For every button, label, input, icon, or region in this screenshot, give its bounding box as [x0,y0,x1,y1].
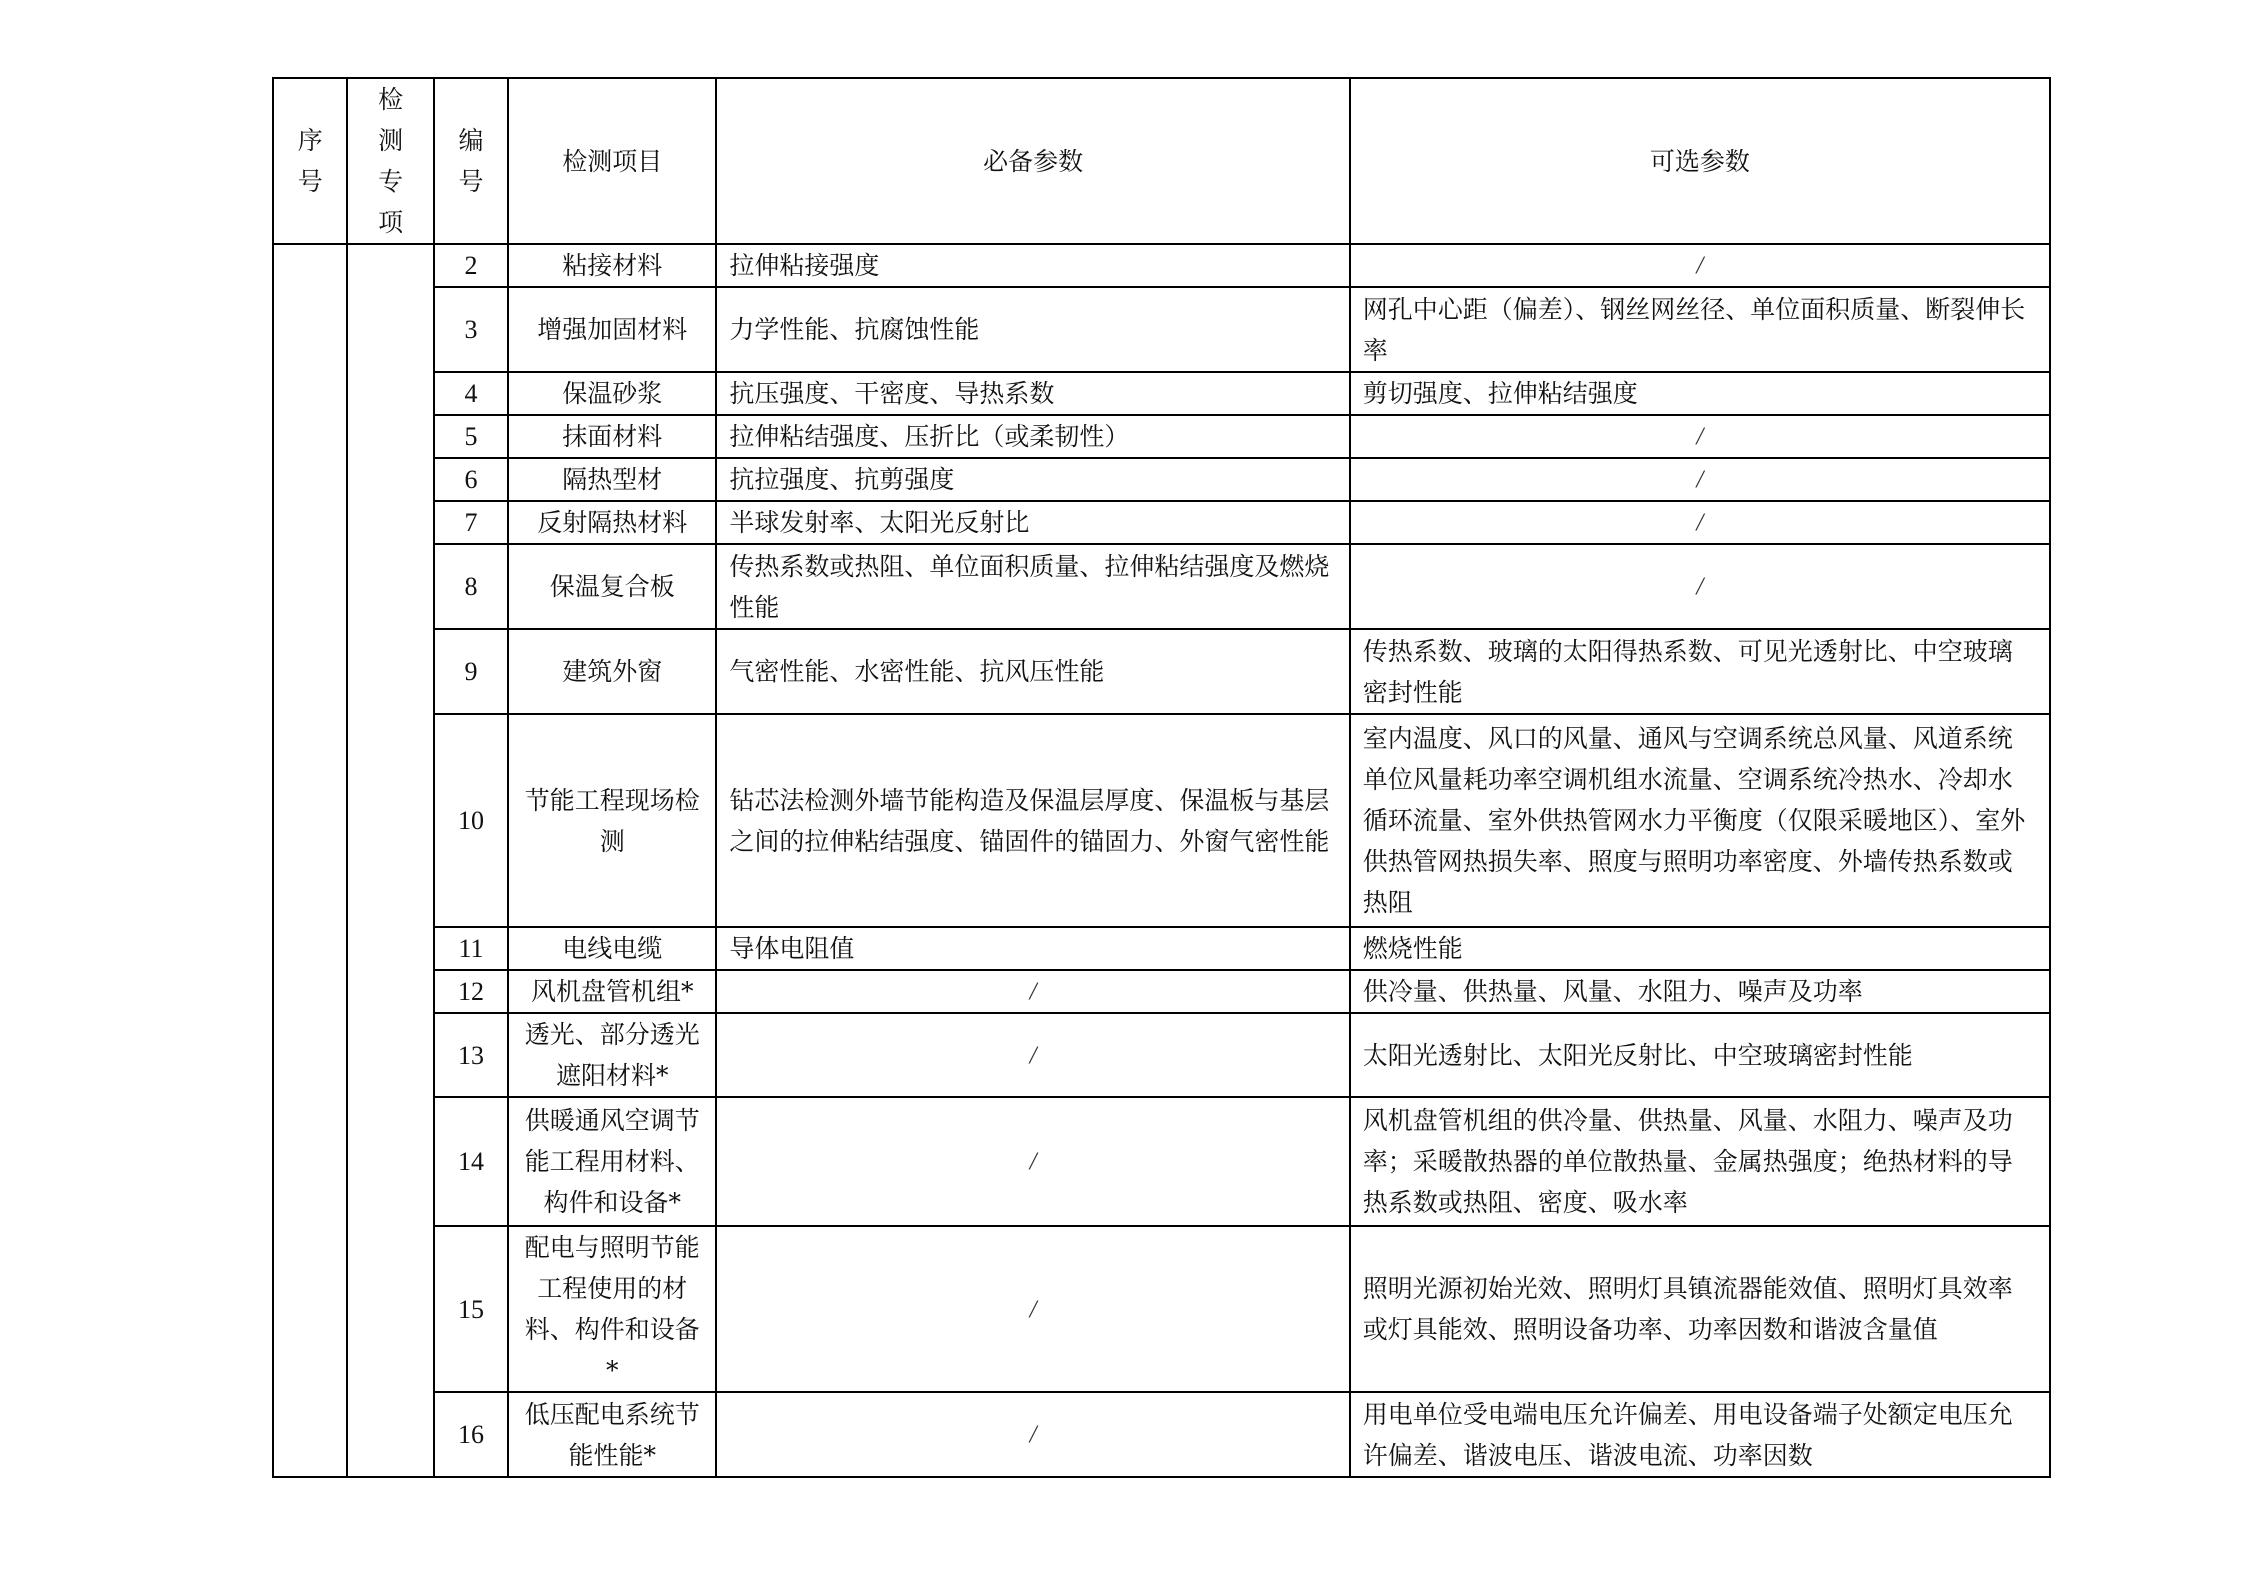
header-optional: 可选参数 [1350,78,2050,244]
table-row: 2 粘接材料 拉伸粘接强度 / [273,244,2050,287]
table-row: 12 风机盘管机组* / 供冷量、供热量、风量、水阻力、噪声及功率 [273,970,2050,1013]
row-item: 隔热型材 [508,458,716,501]
row-required: / [716,1097,1349,1226]
table-row: 5 抹面材料 拉伸粘结强度、压折比（或柔韧性） / [273,415,2050,458]
table-row: 7 反射隔热材料 半球发射率、太阳光反射比 / [273,501,2050,544]
header-seq: 序号 [273,78,347,244]
table-row: 9 建筑外窗 气密性能、水密性能、抗风压性能 传热系数、玻璃的太阳得热系数、可见… [273,629,2050,714]
row-required: 拉伸粘接强度 [716,244,1349,287]
row-optional: 风机盘管机组的供冷量、供热量、风量、水阻力、噪声及功率；采暖散热器的单位散热量、… [1350,1097,2050,1226]
row-item: 透光、部分透光遮阳材料* [508,1013,716,1097]
row-number: 11 [434,927,508,970]
table-row: 6 隔热型材 抗拉强度、抗剪强度 / [273,458,2050,501]
row-optional: 太阳光透射比、太阳光反射比、中空玻璃密封性能 [1350,1013,2050,1097]
row-number: 14 [434,1097,508,1226]
row-number: 12 [434,970,508,1013]
row-number: 5 [434,415,508,458]
row-item: 建筑外窗 [508,629,716,714]
table-header-row: 序号 检测专项 编号 检测项目 必备参数 可选参数 [273,78,2050,244]
row-required: / [716,970,1349,1013]
header-required: 必备参数 [716,78,1349,244]
row-optional: 室内温度、风口的风量、通风与空调系统总风量、风道系统单位风量耗功率空调机组水流量… [1350,714,2050,927]
row-optional: 照明光源初始光效、照明灯具镇流器能效值、照明灯具效率或灯具能效、照明设备功率、功… [1350,1226,2050,1392]
row-item: 保温复合板 [508,544,716,629]
row-item: 抹面材料 [508,415,716,458]
row-optional: 传热系数、玻璃的太阳得热系数、可见光透射比、中空玻璃密封性能 [1350,629,2050,714]
row-required: 抗拉强度、抗剪强度 [716,458,1349,501]
row-optional: / [1350,415,2050,458]
row-item: 保温砂浆 [508,372,716,415]
row-item: 风机盘管机组* [508,970,716,1013]
row-number: 8 [434,544,508,629]
row-required: 气密性能、水密性能、抗风压性能 [716,629,1349,714]
table-row: 4 保温砂浆 抗压强度、干密度、导热系数 剪切强度、拉伸粘结强度 [273,372,2050,415]
row-required: 传热系数或热阻、单位面积质量、拉伸粘结强度及燃烧性能 [716,544,1349,629]
row-item: 节能工程现场检测 [508,714,716,927]
table-row: 15 配电与照明节能工程使用的材料、构件和设备* / 照明光源初始光效、照明灯具… [273,1226,2050,1392]
table-row: 11 电线电缆 导体电阻值 燃烧性能 [273,927,2050,970]
row-item: 反射隔热材料 [508,501,716,544]
row-number: 9 [434,629,508,714]
merged-category-cell [347,244,433,1477]
row-optional: / [1350,544,2050,629]
table-row: 16 低压配电系统节能性能* / 用电单位受电端电压允许偏差、用电设备端子处额定… [273,1392,2050,1477]
row-number: 7 [434,501,508,544]
row-required: / [716,1013,1349,1097]
row-number: 15 [434,1226,508,1392]
row-number: 16 [434,1392,508,1477]
row-required: 抗压强度、干密度、导热系数 [716,372,1349,415]
row-optional: 剪切强度、拉伸粘结强度 [1350,372,2050,415]
row-number: 10 [434,714,508,927]
row-item: 配电与照明节能工程使用的材料、构件和设备* [508,1226,716,1392]
table-row: 8 保温复合板 传热系数或热阻、单位面积质量、拉伸粘结强度及燃烧性能 / [273,544,2050,629]
row-required: 导体电阻值 [716,927,1349,970]
table-row: 14 供暖通风空调节能工程用材料、构件和设备* / 风机盘管机组的供冷量、供热量… [273,1097,2050,1226]
row-required: / [716,1226,1349,1392]
row-number: 3 [434,287,508,372]
row-required: 半球发射率、太阳光反射比 [716,501,1349,544]
header-item: 检测项目 [508,78,716,244]
row-optional: / [1350,244,2050,287]
row-required: / [716,1392,1349,1477]
merged-seq-cell [273,244,347,1477]
row-optional: 燃烧性能 [1350,927,2050,970]
row-number: 6 [434,458,508,501]
row-optional: 供冷量、供热量、风量、水阻力、噪声及功率 [1350,970,2050,1013]
row-optional: / [1350,501,2050,544]
detection-parameters-table: 序号 检测专项 编号 检测项目 必备参数 可选参数 2 粘接材料 拉伸粘接强度 … [272,77,2051,1478]
row-item: 电线电缆 [508,927,716,970]
row-item: 低压配电系统节能性能* [508,1392,716,1477]
header-number: 编号 [434,78,508,244]
row-required: 拉伸粘结强度、压折比（或柔韧性） [716,415,1349,458]
row-number: 4 [434,372,508,415]
row-number: 13 [434,1013,508,1097]
header-category: 检测专项 [347,78,433,244]
row-number: 2 [434,244,508,287]
table-row: 13 透光、部分透光遮阳材料* / 太阳光透射比、太阳光反射比、中空玻璃密封性能 [273,1013,2050,1097]
table-row: 10 节能工程现场检测 钻芯法检测外墙节能构造及保温层厚度、保温板与基层之间的拉… [273,714,2050,927]
row-optional: / [1350,458,2050,501]
row-item: 增强加固材料 [508,287,716,372]
row-item: 粘接材料 [508,244,716,287]
table-row: 3 增强加固材料 力学性能、抗腐蚀性能 网孔中心距（偏差）、钢丝网丝径、单位面积… [273,287,2050,372]
row-required: 钻芯法检测外墙节能构造及保温层厚度、保温板与基层之间的拉伸粘结强度、锚固件的锚固… [716,714,1349,927]
row-required: 力学性能、抗腐蚀性能 [716,287,1349,372]
row-optional: 用电单位受电端电压允许偏差、用电设备端子处额定电压允许偏差、谐波电压、谐波电流、… [1350,1392,2050,1477]
row-item: 供暖通风空调节能工程用材料、构件和设备* [508,1097,716,1226]
row-optional: 网孔中心距（偏差）、钢丝网丝径、单位面积质量、断裂伸长率 [1350,287,2050,372]
